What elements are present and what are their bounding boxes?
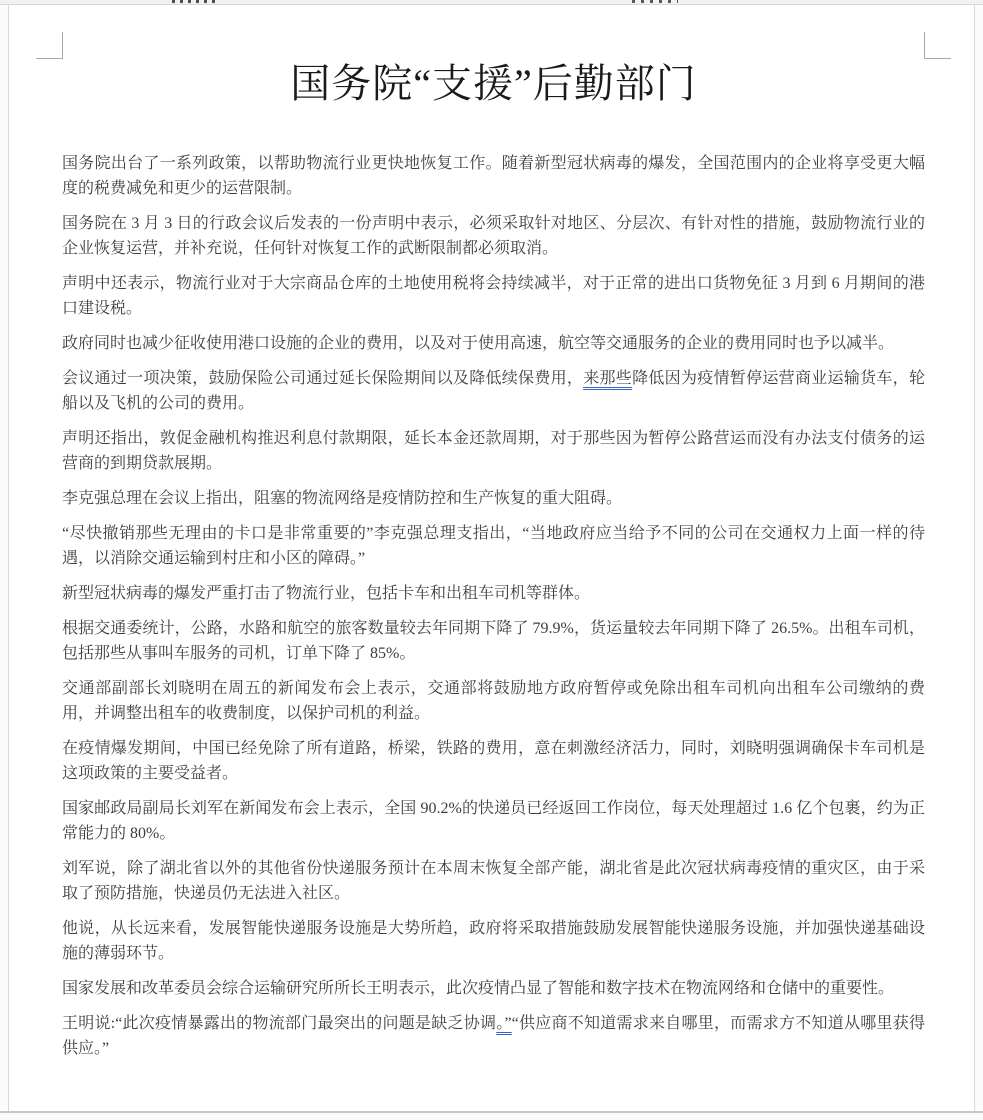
paragraph-text: 刘军说，除了湖北省以外的其他省份快递服务预计在本周末恢复全部产能，湖北省是此次冠… xyxy=(62,860,925,902)
paragraph[interactable]: 他说，从长远来看，发展智能快递服务设施是大势所趋，政府将采取措施鼓励发展智能快递… xyxy=(62,916,925,966)
paragraph[interactable]: 新型冠状病毒的爆发严重打击了物流行业，包括卡车和出租车司机等群体。 xyxy=(62,581,925,606)
paragraph-text: 政府同时也减少征收使用港口设施的企业的费用，以及对于使用高速，航空等交通服务的企… xyxy=(62,335,894,352)
document-title[interactable]: 国务院“支援”后勤部门 xyxy=(62,55,925,113)
paragraph-text: 国务院出台了一系列政策，以帮助物流行业更快地恢复工作。随着新型冠状病毒的爆发，全… xyxy=(62,155,925,197)
paragraph[interactable]: 声明中还表示，物流行业对于大宗商品仓库的土地使用税将会持续减半，对于正常的进出口… xyxy=(62,271,925,321)
paragraph[interactable]: 国务院出台了一系列政策，以帮助物流行业更快地恢复工作。随着新型冠状病毒的爆发，全… xyxy=(62,151,925,201)
grammar-check-underline[interactable]: 。” xyxy=(496,1015,511,1032)
paragraph-text: 王明说:“此次疫情暴露出的物流部门最突出的问题是缺乏协调 xyxy=(62,1015,496,1032)
paragraph-text: 交通部副部长刘晓明在周五的新闻发布会上表示，交通部将鼓励地方政府暂停或免除出租车… xyxy=(62,680,925,722)
paragraph-text: 声明中还表示，物流行业对于大宗商品仓库的土地使用税将会持续减半，对于正常的进出口… xyxy=(62,275,925,317)
word-document-window: 国务院“支援”后勤部门 国务院出台了一系列政策，以帮助物流行业更快地恢复工作。随… xyxy=(0,0,983,1120)
paragraph[interactable]: 刘军说，除了湖北省以外的其他省份快递服务预计在本周末恢复全部产能，湖北省是此次冠… xyxy=(62,856,925,906)
paragraph-text: “尽快撤销那些无理由的卡口是非常重要的”李克强总理支指出，“当地政府应当给予不同… xyxy=(62,525,925,567)
paragraph-text: 国家发展和改革委员会综合运输研究所所长王明表示，此次疫情凸显了智能和数字技术在物… xyxy=(62,980,894,997)
grammar-check-underline[interactable]: 来那些 xyxy=(583,370,632,387)
paragraph[interactable]: 会议通过一项决策，鼓励保险公司通过延长保险期间以及降低续保费用，来那些降低因为疫… xyxy=(62,366,925,416)
paragraph-text: 国家邮政局副局长刘军在新闻发布会上表示，全国 90.2%的快递员已经返回工作岗位… xyxy=(62,800,925,842)
margin-crop-mark-top-right xyxy=(924,32,951,59)
ribbon-tab-text-fragment xyxy=(172,0,218,3)
paragraph[interactable]: 国家发展和改革委员会综合运输研究所所长王明表示，此次疫情凸显了智能和数字技术在物… xyxy=(62,976,925,1001)
paragraph-text: 新型冠状病毒的爆发严重打击了物流行业，包括卡车和出租车司机等群体。 xyxy=(62,585,590,602)
paragraph-text: 根据交通委统计，公路，水路和航空的旅客数量较去年同期下降了 79.9%，货运量较… xyxy=(62,620,925,662)
paragraph-text: 会议通过一项决策，鼓励保险公司通过延长保险期间以及降低续保费用， xyxy=(62,370,583,387)
paragraph-text: 声明还指出，敦促金融机构推迟利息付款期限，延长本金还款周期，对于那些因为暂停公路… xyxy=(62,430,925,472)
paragraph[interactable]: 根据交通委统计，公路，水路和航空的旅客数量较去年同期下降了 79.9%，货运量较… xyxy=(62,616,925,666)
margin-crop-mark-top-left xyxy=(36,32,63,59)
paragraph[interactable]: 国家邮政局副局长刘军在新闻发布会上表示，全国 90.2%的快递员已经返回工作岗位… xyxy=(62,796,925,846)
paragraph[interactable]: 王明说:“此次疫情暴露出的物流部门最突出的问题是缺乏协调。”“供应商不知道需求来… xyxy=(62,1011,925,1061)
paragraph-text: 李克强总理在会议上指出，阻塞的物流网络是疫情防控和生产恢复的重大阻碍。 xyxy=(62,490,622,507)
document-body[interactable]: 国务院出台了一系列政策，以帮助物流行业更快地恢复工作。随着新型冠状病毒的爆发，全… xyxy=(62,151,925,1061)
paragraph-text: 在疫情爆发期间，中国已经免除了所有道路，桥梁，铁路的费用，意在刺激经济活力，同时… xyxy=(62,740,925,782)
paragraph[interactable]: 国务院在 3 月 3 日的行政会议后发表的一份声明中表示，必须采取针对地区、分层… xyxy=(62,211,925,261)
paragraph[interactable]: “尽快撤销那些无理由的卡口是非常重要的”李克强总理支指出，“当地政府应当给予不同… xyxy=(62,521,925,571)
paragraph[interactable]: 政府同时也减少征收使用港口设施的企业的费用，以及对于使用高速，航空等交通服务的企… xyxy=(62,331,925,356)
paragraph-text: 他说，从长远来看，发展智能快递服务设施是大势所趋，政府将采取措施鼓励发展智能快递… xyxy=(62,920,925,962)
paragraph-text: 国务院在 3 月 3 日的行政会议后发表的一份声明中表示，必须采取针对地区、分层… xyxy=(62,215,925,257)
paragraph[interactable]: 声明还指出，敦促金融机构推迟利息付款期限，延长本金还款周期，对于那些因为暂停公路… xyxy=(62,426,925,476)
ribbon-tab-text-fragment xyxy=(632,0,678,3)
paragraph[interactable]: 在疫情爆发期间，中国已经免除了所有道路，桥梁，铁路的费用，意在刺激经济活力，同时… xyxy=(62,736,925,786)
paragraph[interactable]: 交通部副部长刘晓明在周五的新闻发布会上表示，交通部将鼓励地方政府暂停或免除出租车… xyxy=(62,676,925,726)
window-bottom-gutter xyxy=(0,1113,983,1120)
paragraph[interactable]: 李克强总理在会议上指出，阻塞的物流网络是疫情防控和生产恢复的重大阻碍。 xyxy=(62,486,925,511)
document-page[interactable]: 国务院“支援”后勤部门 国务院出台了一系列政策，以帮助物流行业更快地恢复工作。随… xyxy=(8,5,975,1111)
